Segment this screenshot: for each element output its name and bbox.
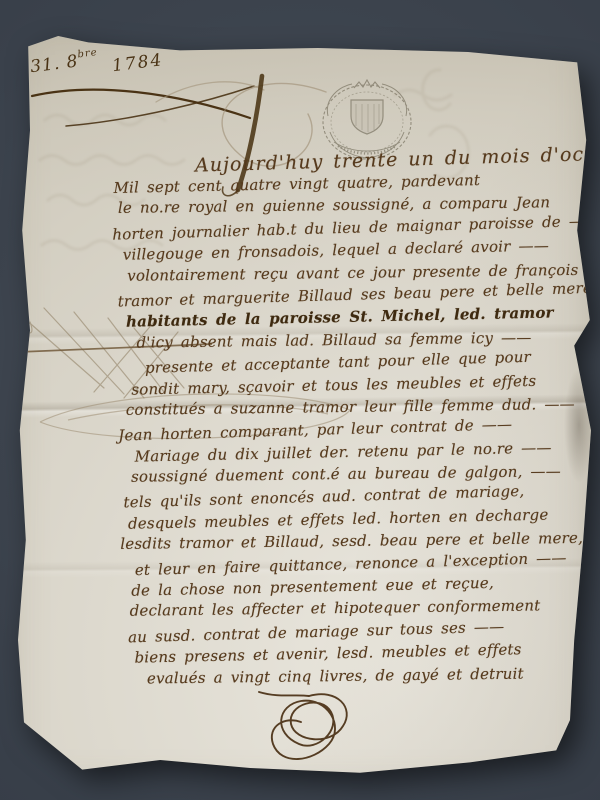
notarial-paraph-icon [243, 686, 361, 771]
date-day: 31. 8 [29, 51, 79, 77]
manuscript-line: evalués a vingt cinq livres, de gayé et … [147, 663, 577, 691]
paper-shadow: 31. 8bre1784 [0, 0, 600, 800]
date-annotation: 31. 8bre1784 [29, 43, 150, 77]
date-underline-swash-icon [24, 78, 264, 148]
manuscript-paper: 31. 8bre1784 [0, 0, 600, 800]
photo-background: 31. 8bre1784 [0, 0, 600, 800]
manuscript-lines: Aujourd'huy trente un du mois d'octobreM… [111, 146, 577, 694]
date-month-suffix: bre [77, 47, 98, 60]
date-year: 1784 [111, 50, 164, 76]
